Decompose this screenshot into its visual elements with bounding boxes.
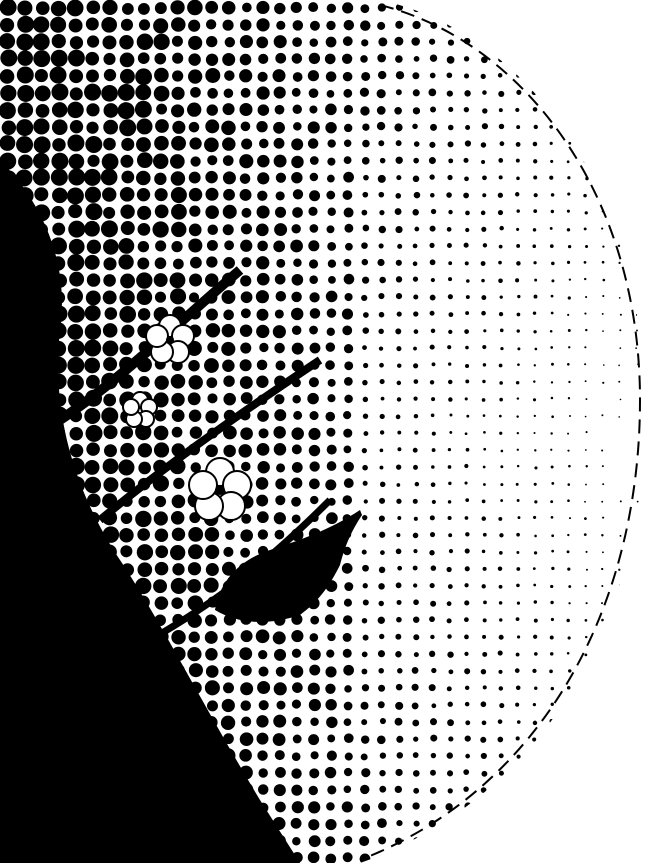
halftone-artwork <box>0 0 650 863</box>
